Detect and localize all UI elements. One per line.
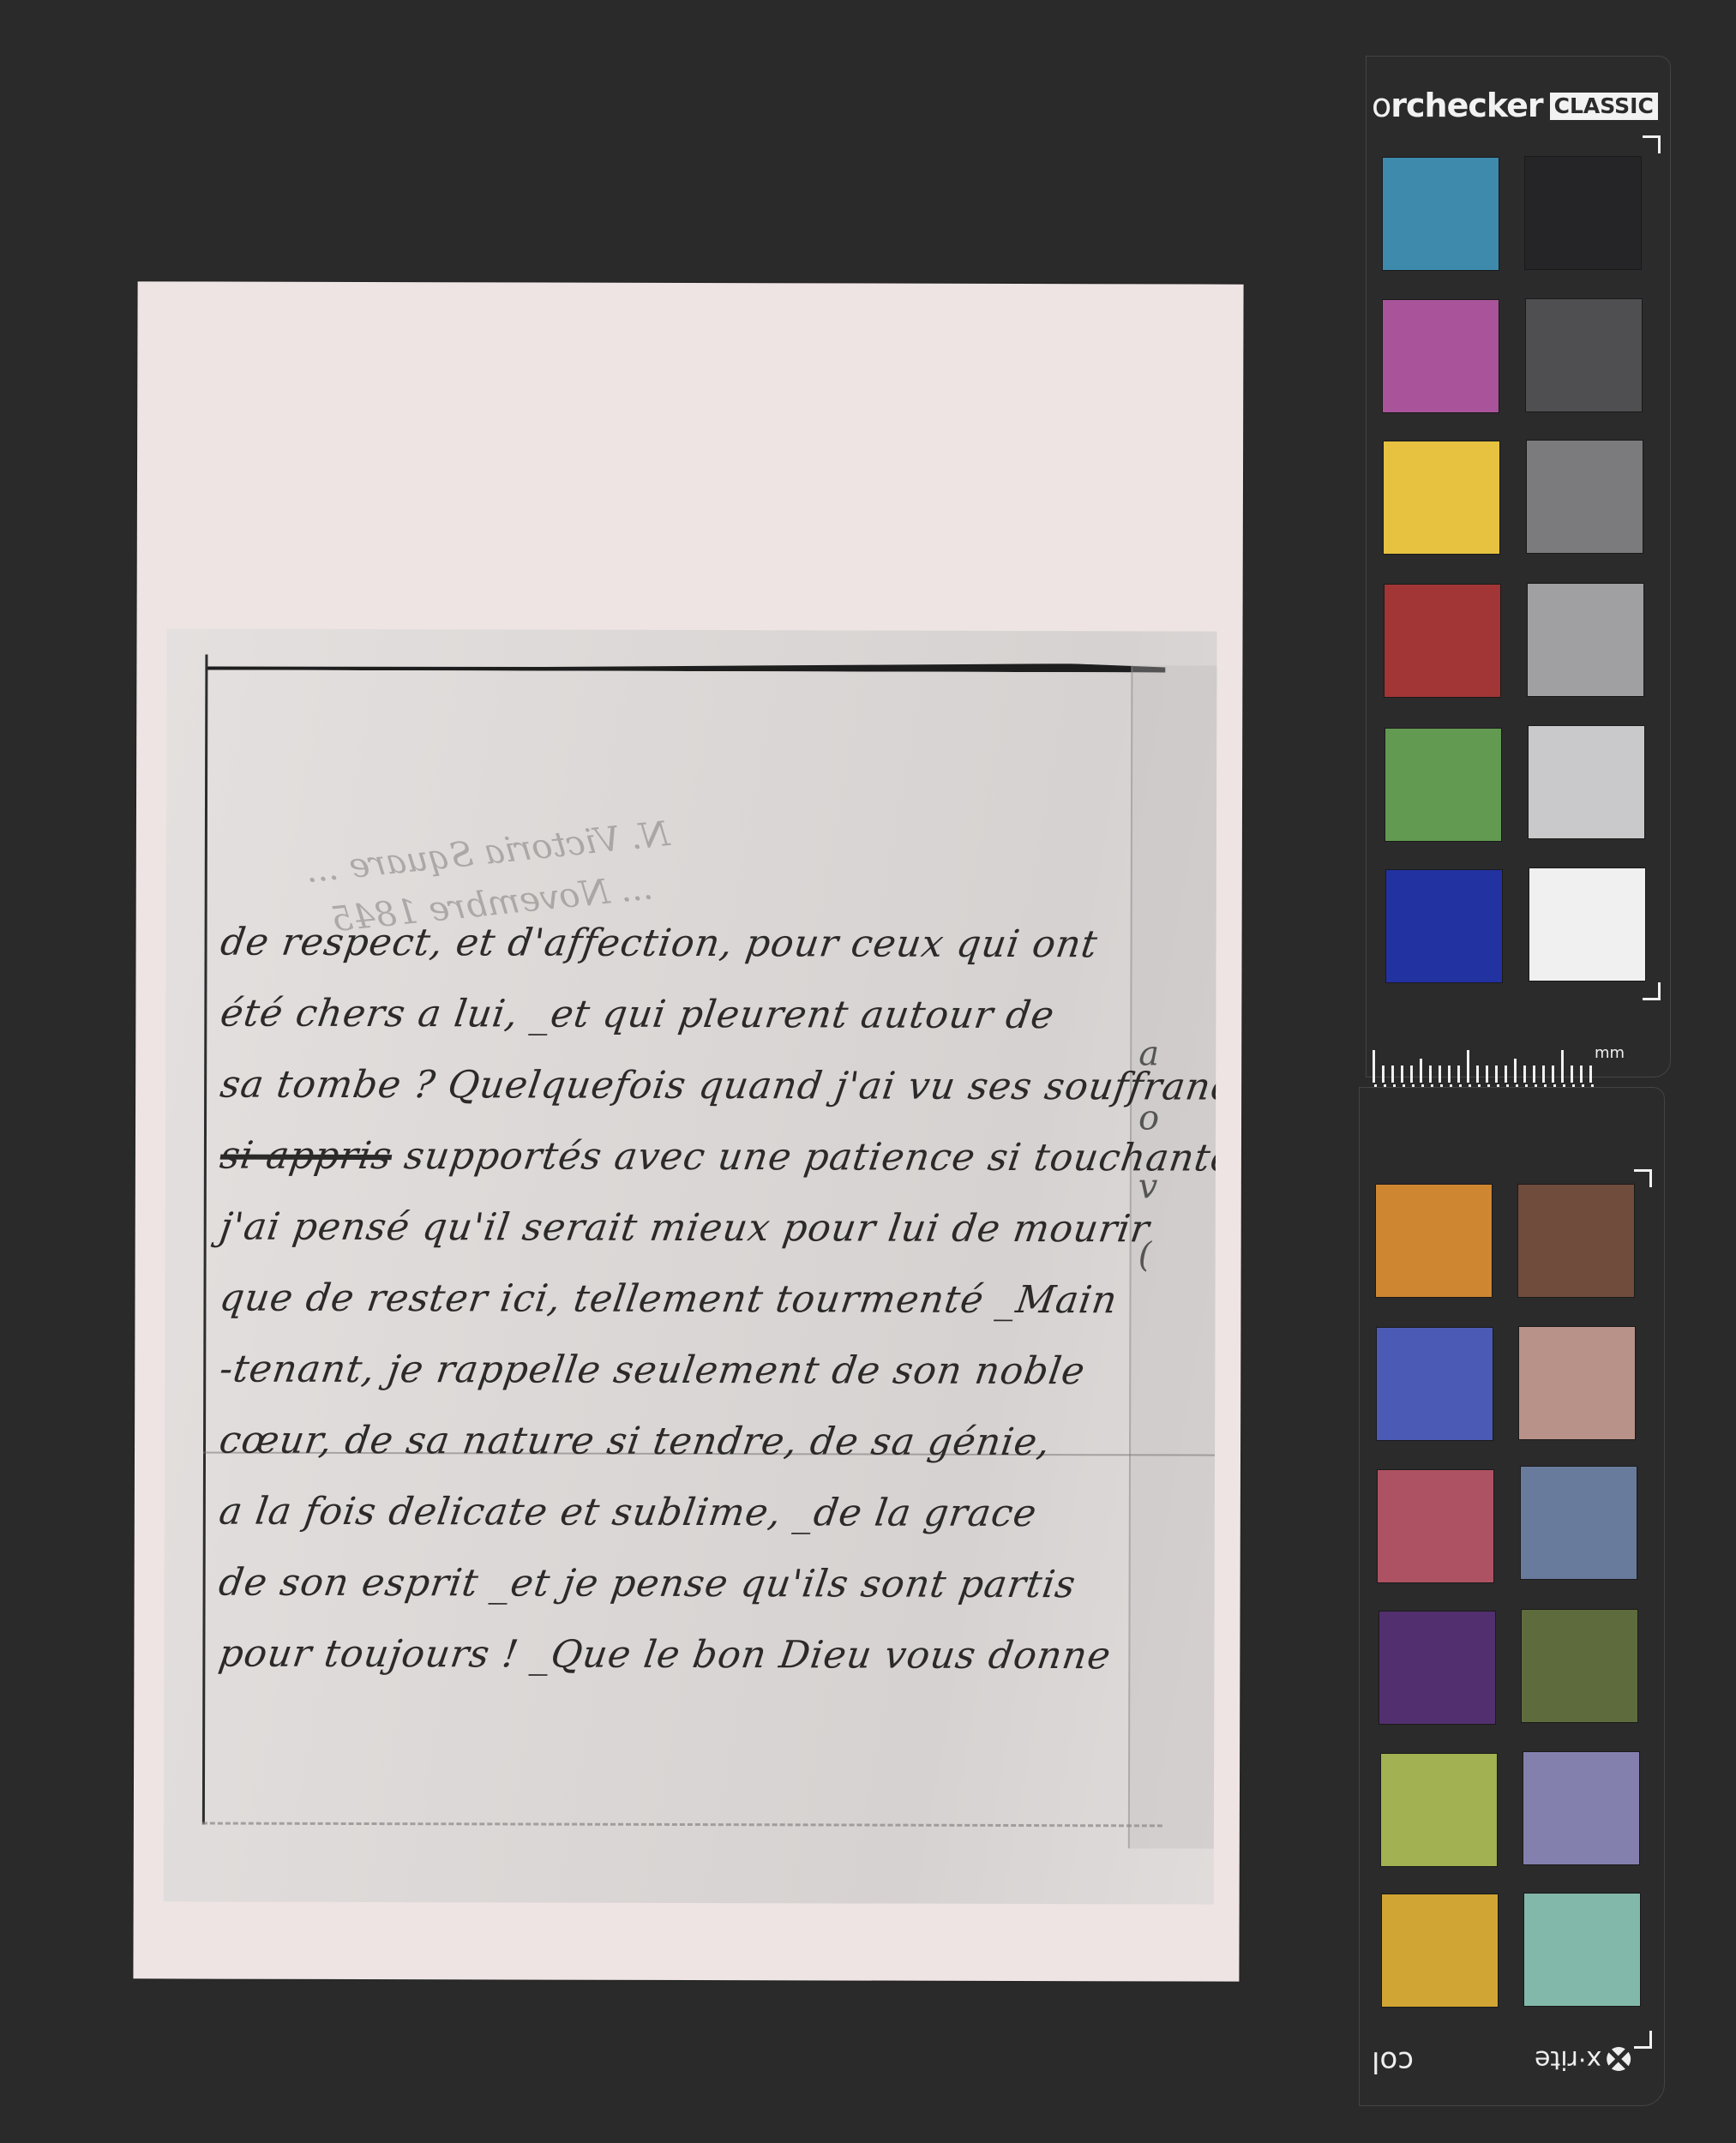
handwritten-line-text: supportés avec une patience si touchante…	[401, 1134, 1216, 1180]
patch-neutral-5	[1526, 440, 1643, 554]
ruler-tick	[1552, 1065, 1554, 1083]
patch-orange-yellow	[1381, 1894, 1499, 2008]
ruler-tick	[1401, 1065, 1403, 1083]
handwritten-line: sa tombe ? Quelquefois quand j'ai vu ses…	[213, 1063, 1132, 1137]
handwritten-line-with-strikethrough: si appris supportés avec une patience si…	[213, 1134, 1132, 1208]
ruler-tick	[1439, 1065, 1441, 1083]
patch-neutral-8	[1528, 725, 1645, 839]
margin-mark: v	[1138, 1167, 1158, 1206]
ruler-tick	[1382, 1065, 1385, 1083]
colorchecker-lower-card	[1359, 1087, 1665, 2106]
ruler-tick	[1429, 1065, 1432, 1083]
patch-blue	[1385, 869, 1503, 983]
patch-moderate-red	[1377, 1469, 1494, 1583]
ruler-tick	[1373, 1050, 1375, 1083]
classic-badge: CLASSIC	[1550, 93, 1658, 120]
margin-mark: a	[1138, 1034, 1159, 1073]
patch-white	[1529, 867, 1646, 981]
handwritten-line: pour toujours ! _Que le bon Dieu vous do…	[212, 1632, 1131, 1706]
struck-word: si appris	[218, 1134, 395, 1179]
patch-dark-skin	[1517, 1184, 1635, 1298]
handwritten-line: de son esprit _et je pense qu'ils sont p…	[213, 1561, 1132, 1635]
card-footer-text: col	[1372, 2044, 1414, 2079]
ruler-tick	[1580, 1065, 1583, 1083]
ruler-tick	[1571, 1065, 1573, 1083]
colorchecker-brand: orcheckerCLASSIC	[1372, 87, 1658, 124]
handwritten-line: de respect, et d'affection, pour ceux qu…	[214, 921, 1133, 994]
patch-black	[1524, 156, 1642, 270]
ruler-tick	[1514, 1059, 1517, 1083]
ruler-tick	[1486, 1065, 1488, 1083]
colorchecker-upper-card: orcheckerCLASSIC	[1366, 56, 1671, 1078]
handwritten-lines: de respect, et d'affection, pour ceux qu…	[217, 921, 1127, 1706]
xrite-icon	[1607, 2048, 1631, 2072]
letter-top-edge-shadow	[205, 662, 1165, 673]
margin-mark: o	[1138, 1098, 1159, 1138]
patch-bluish-green	[1523, 1893, 1641, 2007]
patch-magenta	[1382, 299, 1499, 413]
patch-yellow	[1383, 441, 1500, 555]
corner-mark-icon	[1634, 1169, 1652, 1187]
patch-blue-flower	[1523, 1751, 1640, 1865]
corner-mark-icon	[1643, 135, 1661, 153]
patch-foliage	[1521, 1609, 1638, 1723]
ruler-tick	[1542, 1065, 1545, 1083]
patch-neutral-3-5	[1525, 298, 1643, 412]
ruler-tick	[1589, 1065, 1592, 1083]
ruler-unit-label: mm	[1595, 1044, 1625, 1062]
ruler-tick	[1448, 1065, 1451, 1083]
ruler-tick	[1410, 1065, 1413, 1083]
patch-green	[1385, 728, 1502, 842]
photo-print: N. Victoria Square ... ... Novembre 1845…	[133, 281, 1243, 1981]
ruler-tick	[1495, 1065, 1498, 1083]
patch-red	[1384, 584, 1501, 698]
letter-left-edge	[202, 655, 208, 1825]
handwritten-line: j'ai pensé qu'il serait mieux pour lui d…	[213, 1205, 1132, 1279]
patch-purplish-blue	[1376, 1327, 1493, 1441]
letter-bottom-edge	[202, 1822, 1162, 1831]
patch-blue-sky	[1520, 1466, 1637, 1580]
handwritten-line: été chers a lui, _et qui pleurent autour…	[213, 992, 1132, 1065]
letter-page: N. Victoria Square ... ... Novembre 1845…	[164, 628, 1217, 1904]
margin-mark: (	[1138, 1235, 1152, 1275]
ruler-tick	[1391, 1065, 1394, 1083]
ruler-tick	[1467, 1050, 1469, 1083]
patch-cyan	[1382, 157, 1499, 271]
xrite-logo: x·rite	[1535, 2044, 1631, 2074]
patch-light-skin	[1518, 1326, 1636, 1440]
ruler-tick	[1561, 1050, 1564, 1083]
ruler-tick	[1533, 1065, 1535, 1083]
ruler-tick	[1457, 1065, 1460, 1083]
patch-neutral-6-5	[1527, 583, 1644, 697]
patch-yellow-green	[1380, 1753, 1498, 1867]
handwritten-line: que de rester ici, tellement tourmenté _…	[213, 1276, 1132, 1350]
patch-orange	[1375, 1184, 1493, 1298]
handwritten-line: a la fois delicate et sublime, _de la gr…	[213, 1490, 1132, 1564]
handwritten-line: -tenant, je rappelle seulement de son no…	[213, 1348, 1132, 1421]
handwritten-line: cœur, de sa nature si tendre, de sa géni…	[213, 1419, 1132, 1492]
corner-mark-icon	[1643, 982, 1661, 1000]
ruler-tick	[1476, 1065, 1479, 1083]
ruler-tick	[1523, 1065, 1526, 1083]
corner-mark-icon	[1634, 2031, 1652, 2049]
patch-purple	[1379, 1611, 1496, 1725]
ruler-tick	[1420, 1059, 1422, 1083]
ruler-tick	[1505, 1065, 1507, 1083]
